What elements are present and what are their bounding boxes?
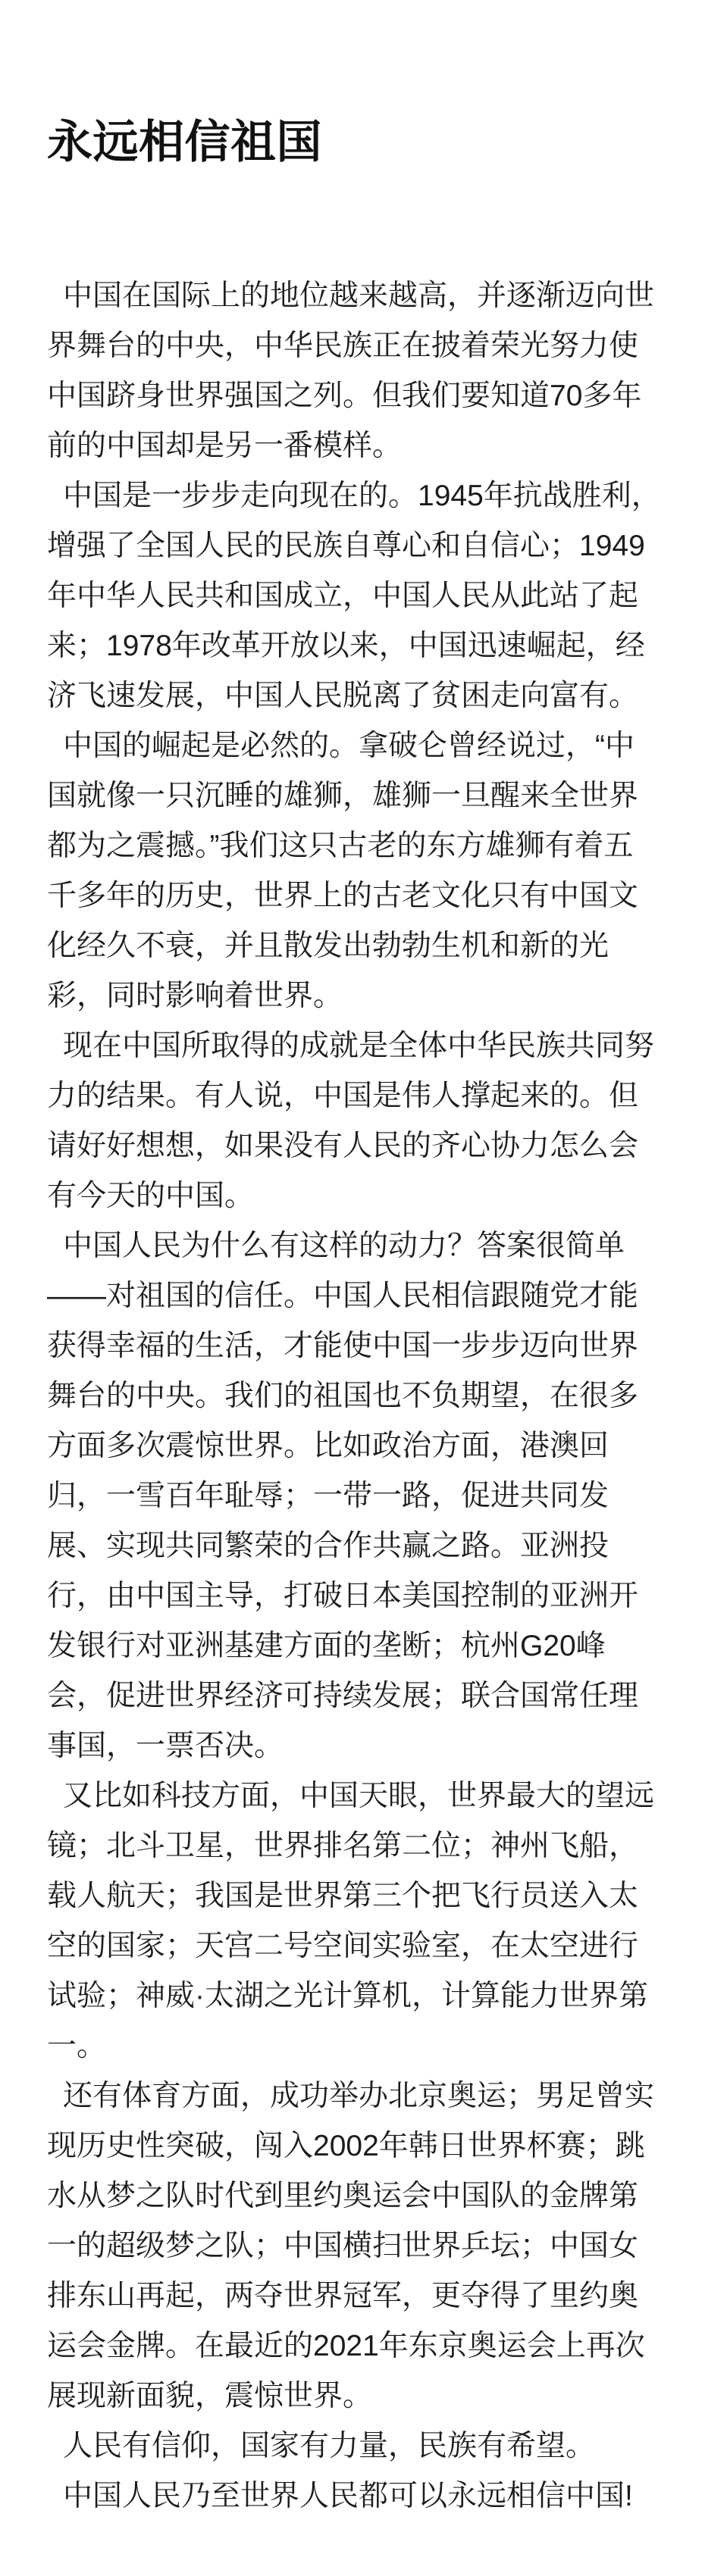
paragraph: 中国的崛起是必然的。拿破仑曾经说过，“中国就像一只沉睡的雄狮，雄狮一旦醒来全世界… — [47, 721, 661, 1021]
paragraph: 中国在国际上的地位越来越高，并逐渐迈向世界舞台的中央，中华民族正在披着荣光努力使… — [47, 271, 661, 471]
paragraph: 还有体育方面，成功举办北京奥运；男足曾实现历史性突破，闯入2002年韩日世界杯赛… — [47, 2071, 661, 2421]
paragraph: 人民有信仰，国家有力量，民族有希望。 — [47, 2421, 661, 2471]
paragraph: 又比如科技方面，中国天眼，世界最大的望远镜；北斗卫星，世界排名第二位；神州飞船，… — [47, 1771, 661, 2071]
document-page: 永远相信祖国 中国在国际上的地位越来越高，并逐渐迈向世界舞台的中央，中华民族正在… — [0, 0, 705, 2576]
paragraph: 现在中国所取得的成就是全体中华民族共同努力的结果。有人说，中国是伟人撑起来的。但… — [47, 1021, 661, 1221]
paragraph: 中国人民为什么有这样的动力？答案很简单——对祖国的信任。中国人民相信跟随党才能获… — [47, 1221, 661, 1771]
article-body: 中国在国际上的地位越来越高，并逐渐迈向世界舞台的中央，中华民族正在披着荣光努力使… — [0, 271, 705, 2521]
paragraph: 中国是一步步走向现在的。1945年抗战胜利，增强了全国人民的民族自尊心和自信心；… — [47, 471, 661, 721]
page-title: 永远相信祖国 — [47, 114, 705, 171]
paragraph: 中国人民乃至世界人民都可以永远相信中国! — [47, 2471, 661, 2521]
